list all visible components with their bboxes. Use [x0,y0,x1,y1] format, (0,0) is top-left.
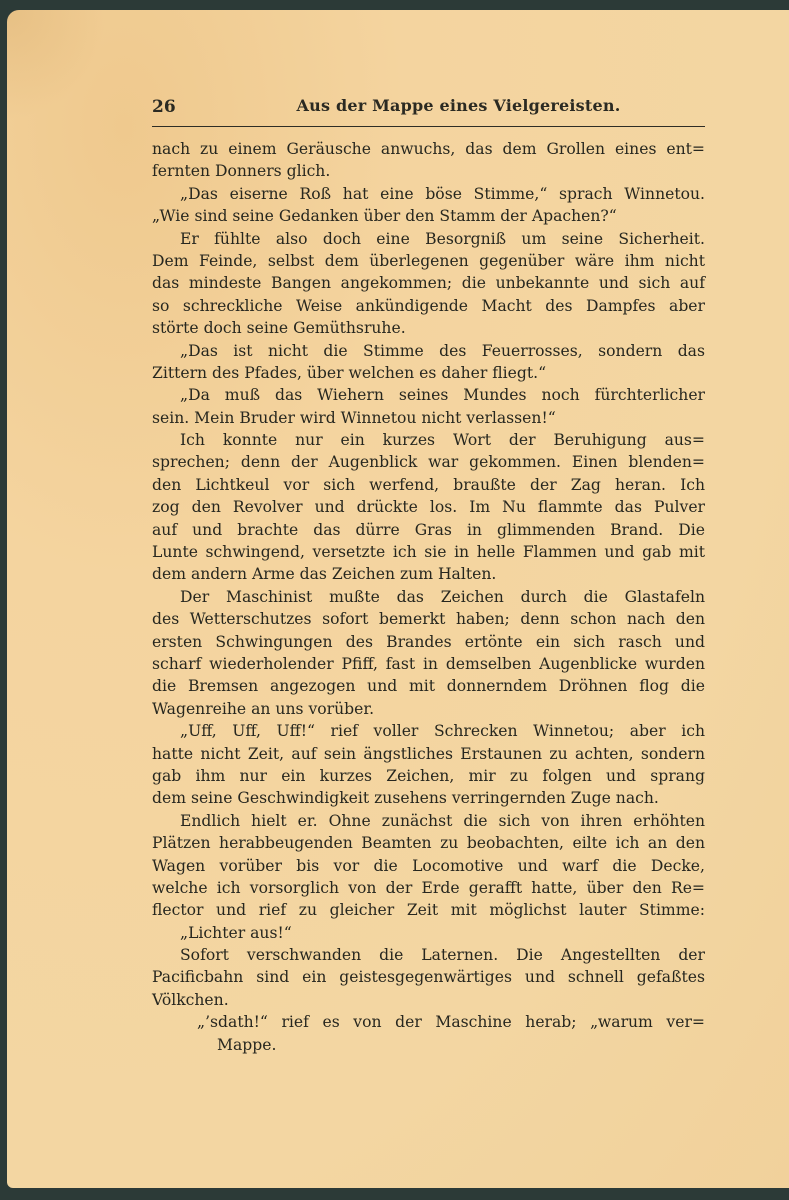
text-line: den Lichtkeul vor sich werfend, braußte … [152,474,705,496]
text-line: „Uff, Uff, Uff!“ rief voller Schrecken W… [152,720,705,742]
page-header: 26 Aus der Mappe eines Vielgereisten. [152,96,705,120]
text-line: „Wie sind seine Gedanken über den Stamm … [152,205,705,227]
text-line: des Wetterschutzes sofort bemerkt haben;… [152,608,705,630]
text-line: flector und rief zu gleicher Zeit mit mö… [152,899,705,921]
text-line: scharf wiederholender Pfiff, fast in dem… [152,653,705,675]
text-line: „Das ist nicht die Stimme des Feuerrosse… [152,340,705,362]
text-line: „’sdath!“ rief es von der Maschine herab… [152,1011,705,1033]
text-line: so schreckliche Weise ankündigende Macht… [152,295,705,317]
text-line: Ich konnte nur ein kurzes Wort der Beruh… [152,429,705,451]
running-title: Aus der Mappe eines Vielgereisten. [152,96,705,115]
text-line: zog den Revolver und drückte los. Im Nu … [152,496,705,518]
text-line: ersten Schwingungen des Brandes ertönte … [152,631,705,653]
text-line: störte doch seine Gemüthsruhe. [152,317,705,339]
text-line: Wagenreihe an uns vorüber. [152,698,705,720]
text-line: Pacificbahn sind ein geistesgegenwärtige… [152,966,705,988]
body-text: nach zu einem Geräusche anwuchs, das dem… [152,138,705,1056]
text-line: „Lichter aus!“ [152,922,705,944]
text-line: Lunte schwingend, versetzte ich sie in h… [152,541,705,563]
text-line: das mindeste Bangen angekommen; die unbe… [152,272,705,294]
text-line: Plätzen herabbeugenden Beamten zu beobac… [152,832,705,854]
text-line: Der Maschinist mußte das Zeichen durch d… [152,586,705,608]
text-line: „Das eiserne Roß hat eine böse Stimme,“ … [152,183,705,205]
text-line: hatte nicht Zeit, auf sein ängstliches E… [152,743,705,765]
header-rule [152,126,705,127]
text-line: fernten Donners glich. [152,160,705,182]
book-page: 26 Aus der Mappe eines Vielgereisten. na… [7,10,789,1188]
text-line: welche ich vorsorglich von der Erde gera… [152,877,705,899]
text-line: Mappe. [152,1034,705,1056]
text-line: Dem Feinde, selbst dem überlegenen gegen… [152,250,705,272]
text-line: die Bremsen angezogen und mit donnerndem… [152,675,705,697]
text-line: auf und brachte das dürre Gras in glimme… [152,519,705,541]
text-line: Endlich hielt er. Ohne zunächst die sich… [152,810,705,832]
text-line: Sofort verschwanden die Laternen. Die An… [152,944,705,966]
text-line: sprechen; denn der Augenblick war gekomm… [152,451,705,473]
text-line: dem andern Arme das Zeichen zum Halten. [152,563,705,585]
text-line: Völkchen. [152,989,705,1011]
text-line: Wagen vorüber bis vor die Locomotive und… [152,855,705,877]
text-line: „Da muß das Wiehern seines Mundes noch f… [152,384,705,406]
text-line: Er fühlte also doch eine Besorgniß um se… [152,228,705,250]
text-line: dem seine Geschwindigkeit zusehens verri… [152,787,705,809]
paper-stain [7,10,107,120]
text-line: sein. Mein Bruder wird Winnetou nicht ve… [152,407,705,429]
text-line: nach zu einem Geräusche anwuchs, das dem… [152,138,705,160]
text-line: Zittern des Pfades, über welchen es dahe… [152,362,705,384]
text-line: gab ihm nur ein kurzes Zeichen, mir zu f… [152,765,705,787]
